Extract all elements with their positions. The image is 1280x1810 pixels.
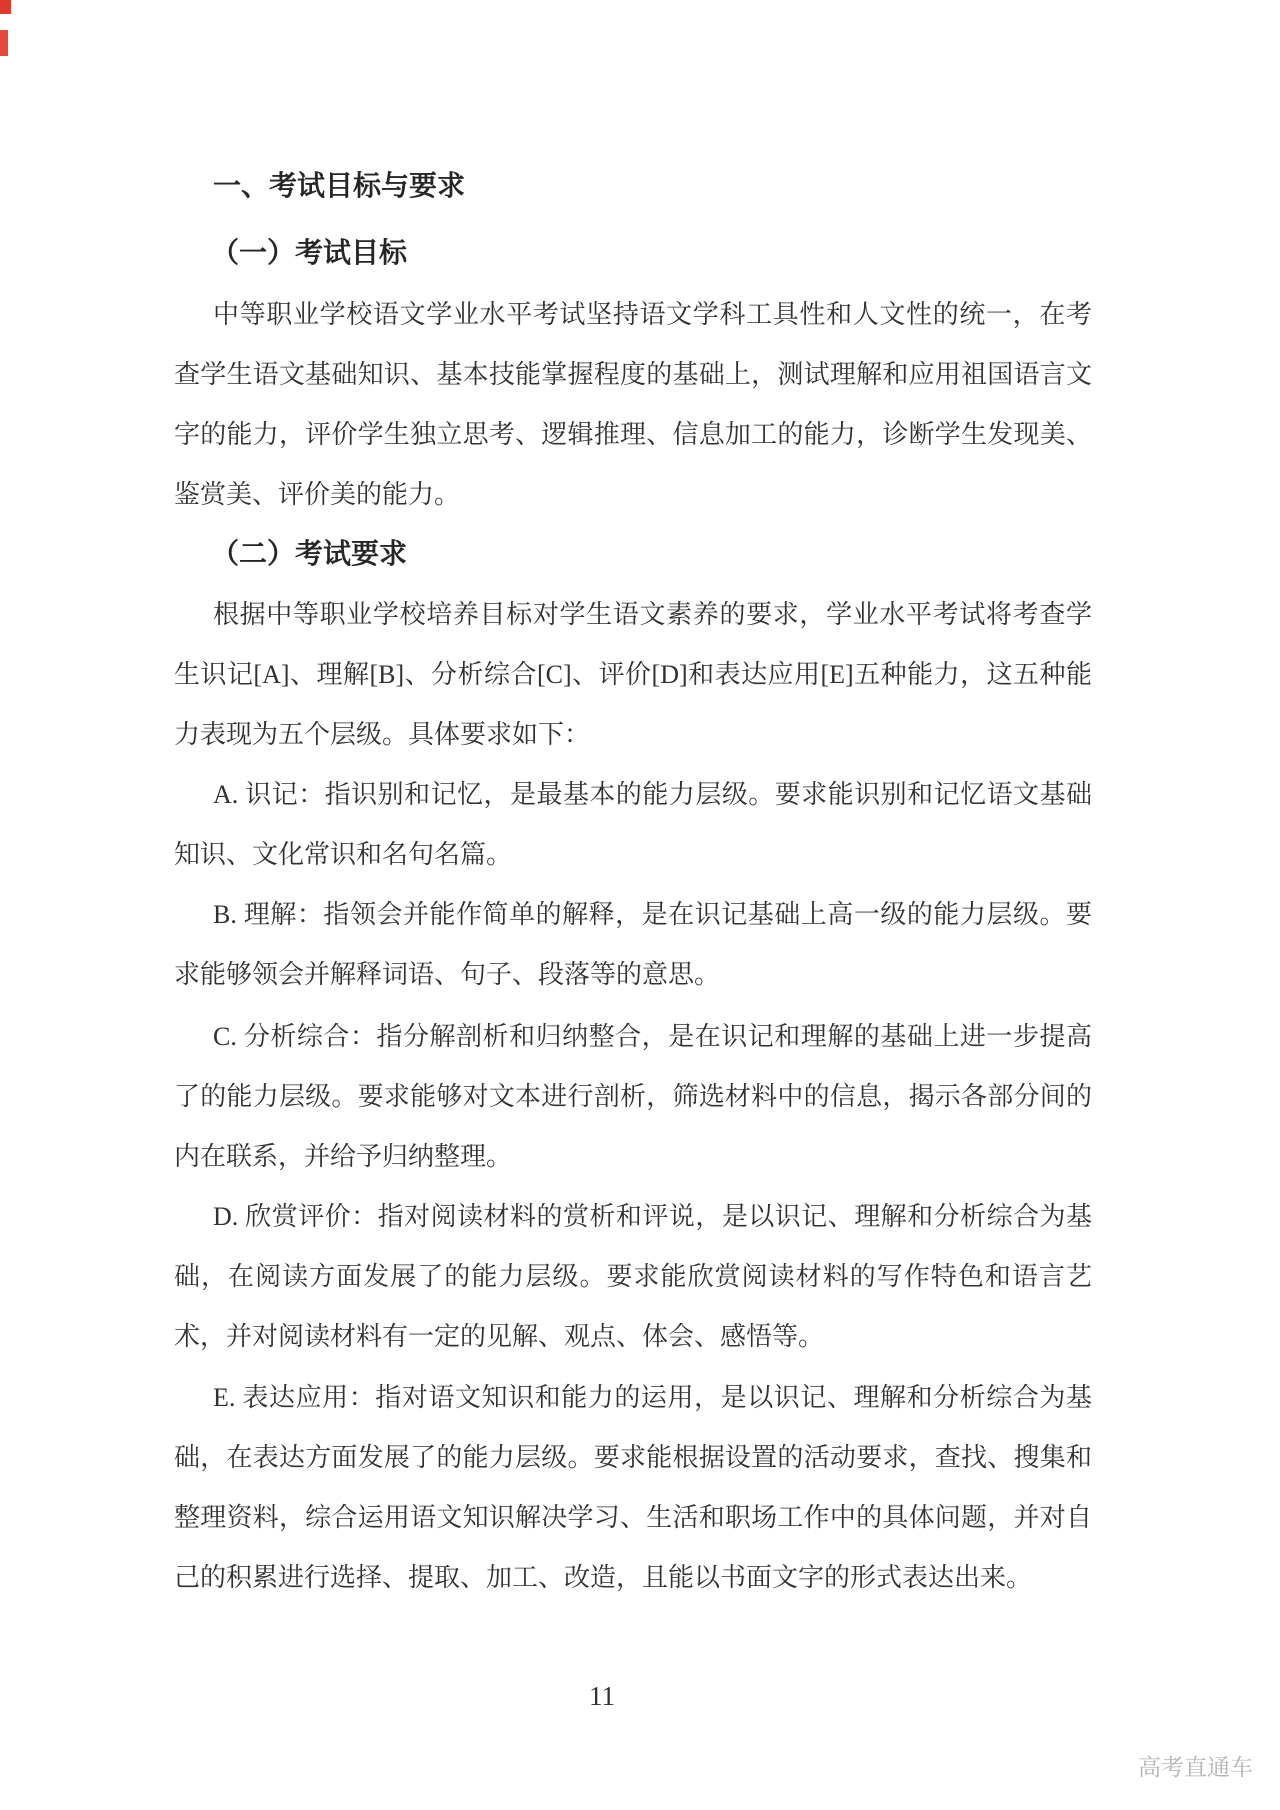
paragraph-ability-c-analysis-synthesis: C. 分析综合：指分解剖析和归纳整合，是在识记和理解的基础上进一步提高了的能力层… [174, 1007, 1092, 1187]
paragraph-exam-objectives: 中等职业学校语文学业水平考试坚持语文学科工具性和人文性的统一，在考查学生语文基础… [174, 285, 1092, 525]
section-title-exam-objectives-and-requirements: 一、考试目标与要求 [213, 170, 1092, 204]
document-page: 一、考试目标与要求 （一）考试目标 中等职业学校语文学业水平考试坚持语文学科工具… [0, 0, 1280, 1810]
paragraph-ability-a-memorization: A. 识记：指识别和记忆，是最基本的能力层级。要求能识别和记忆语文基础知识、文化… [174, 765, 1092, 885]
subsection-title-exam-objectives: （一）考试目标 [211, 237, 1092, 271]
document-body: 一、考试目标与要求 （一）考试目标 中等职业学校语文学业水平考试坚持语文学科工具… [174, 0, 1092, 1608]
subsection-title-exam-requirements: （二）考试要求 [211, 538, 1092, 572]
scan-artifact-lower [0, 30, 8, 56]
scan-artifact-top [0, 0, 11, 14]
paragraph-ability-d-appreciation-evaluation: D. 欣赏评价：指对阅读材料的赏析和评说，是以识记、理解和分析综合为基础，在阅读… [174, 1187, 1092, 1367]
paragraph-ability-e-expression-application: E. 表达应用：指对语文知识和能力的运用，是以识记、理解和分析综合为基础，在表达… [174, 1368, 1092, 1608]
page-number: 11 [174, 1680, 1030, 1712]
paragraph-exam-requirements-intro: 根据中等职业学校培养目标对学生语文素养的要求，学业水平考试将考查学生识记[A]、… [174, 585, 1092, 765]
watermark-text: 高考直通车 [1138, 1753, 1253, 1781]
paragraph-ability-b-comprehension: B. 理解：指领会并能作简单的解释，是在识记基础上高一级的能力层级。要求能够领会… [174, 885, 1092, 1005]
